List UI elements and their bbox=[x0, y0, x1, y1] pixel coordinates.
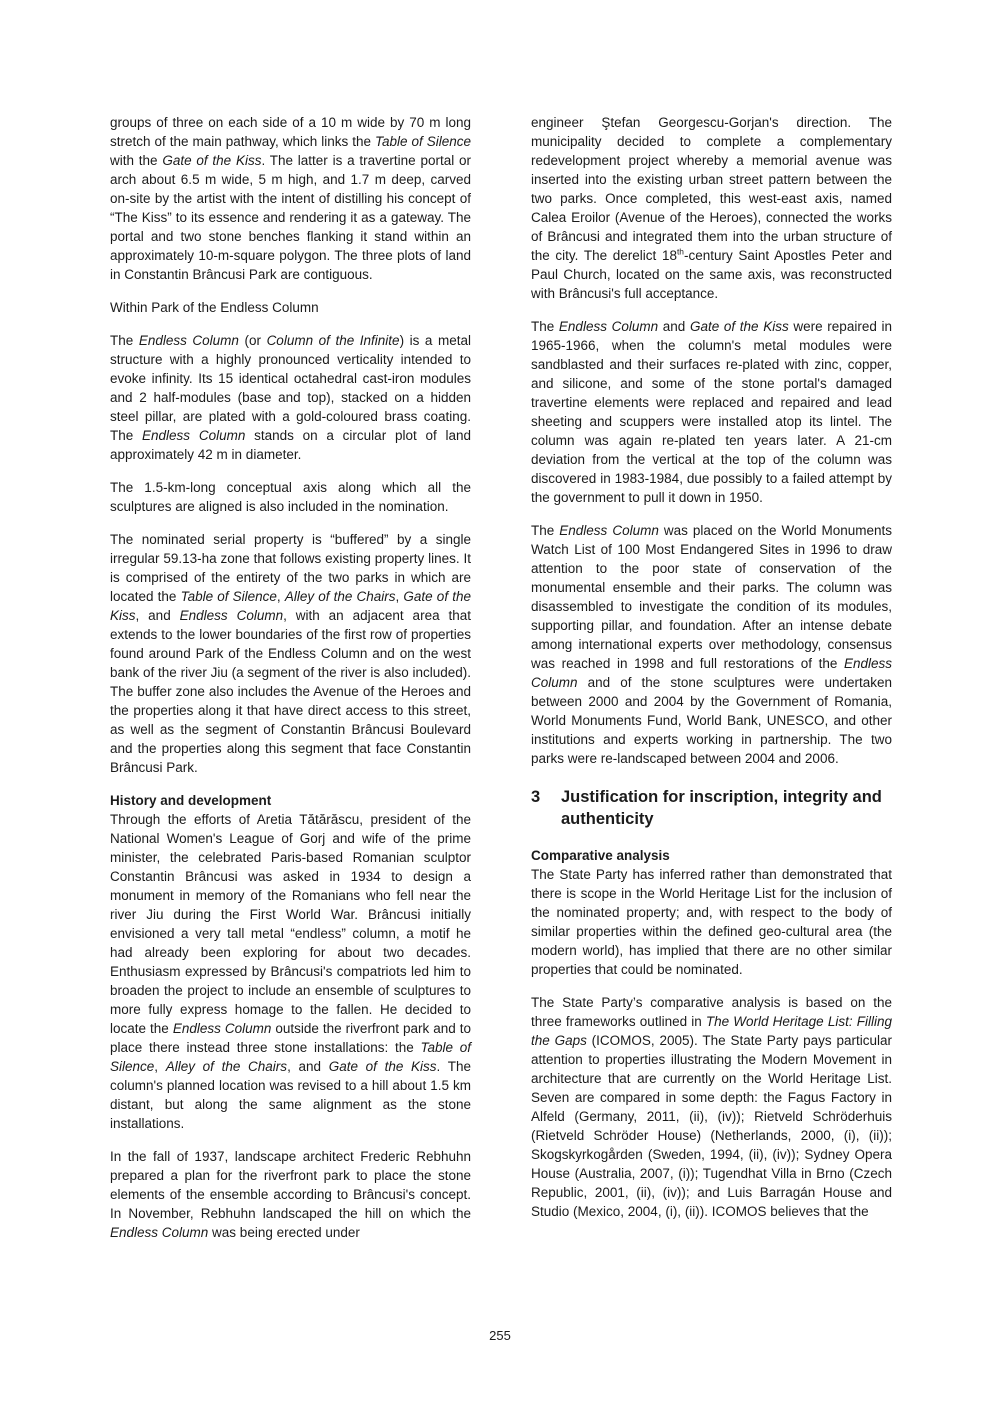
left-column: groups of three on each side of a 10 m w… bbox=[110, 113, 471, 1256]
section-heading-justification: 3 Justification for inscription, integri… bbox=[531, 786, 892, 830]
paragraph-endless-column-description: The Endless Column (or Column of the Inf… bbox=[110, 331, 471, 464]
section-number: 3 bbox=[531, 786, 540, 808]
subsection-heading-within-park: Within Park of the Endless Column bbox=[110, 298, 471, 317]
paragraph-fall-of-1937: In the fall of 1937, landscape architect… bbox=[110, 1147, 471, 1242]
paragraph-state-party-inferred: The State Party has inferred rather than… bbox=[531, 865, 892, 979]
heading-comparative-analysis: Comparative analysis bbox=[531, 846, 892, 865]
paragraph-comparative-frameworks: The State Party’s comparative analysis i… bbox=[531, 993, 892, 1221]
paragraph-history: Through the efforts of Aretia Tătărăscu,… bbox=[110, 810, 471, 1133]
heading-history-and-development: History and development bbox=[110, 791, 471, 810]
paragraph-watch-list: The Endless Column was placed on the Wor… bbox=[531, 521, 892, 768]
paragraph-conceptual-axis: The 1.5-km-long conceptual axis along wh… bbox=[110, 478, 471, 516]
paragraph-memorial-avenue: engineer Ştefan Georgescu-Gorjan's direc… bbox=[531, 113, 892, 303]
paragraph-gate-of-the-kiss: groups of three on each side of a 10 m w… bbox=[110, 113, 471, 284]
section-title: Justification for inscription, integrity… bbox=[561, 788, 882, 828]
paragraph-repairs-1965: The Endless Column and Gate of the Kiss … bbox=[531, 317, 892, 507]
right-column: engineer Ştefan Georgescu-Gorjan's direc… bbox=[531, 113, 892, 1235]
paragraph-buffer-zone: The nominated serial property is “buffer… bbox=[110, 530, 471, 777]
document-page: groups of three on each side of a 10 m w… bbox=[0, 0, 1000, 1415]
page-number: 255 bbox=[0, 1328, 1000, 1343]
